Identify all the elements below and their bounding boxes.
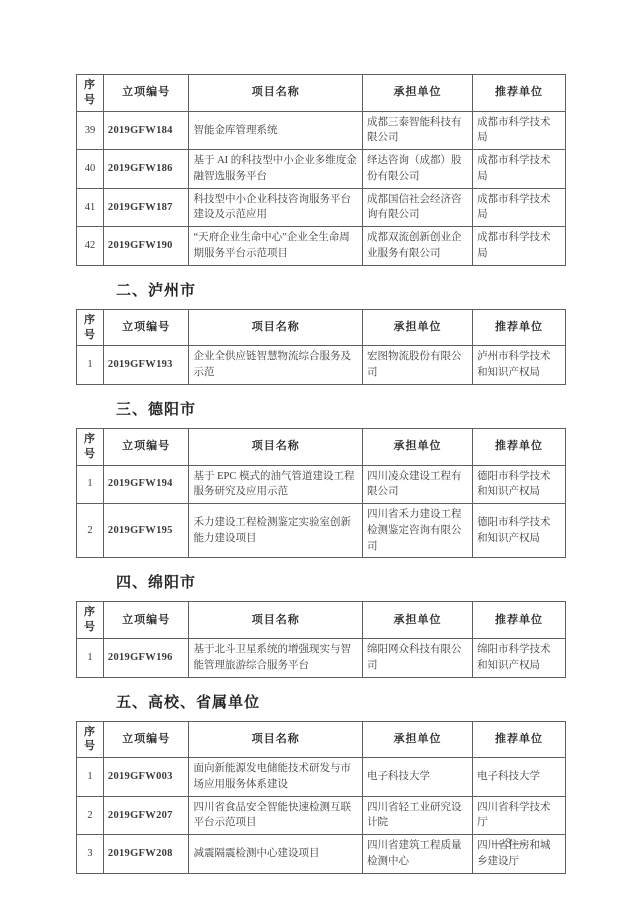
cell-name: 基于北斗卫星系统的增强现实与智能管理旅游综合服务平台 [189,639,363,678]
cell-rec: 电子科技大学 [473,758,566,797]
cell-rec: 泸州市科学技术和知识产权局 [473,346,566,385]
cell-no: 42 [77,227,104,266]
cell-code: 2019GFW186 [103,150,189,189]
column-header-name: 项目名称 [189,428,363,465]
project-table-deyang: 序号 立项编号 项目名称 承担单位 推荐单位 1 2019GFW194 基于 E… [76,428,566,558]
section-heading-mianyang: 四、绵阳市 [116,571,566,592]
cell-rec: 成都市科学技术局 [473,111,566,150]
table-row: 2 2019GFW195 禾力建设工程检测鉴定实验室创新能力建设项目 四川省禾力… [77,504,566,558]
column-header-name: 项目名称 [189,75,363,112]
cell-name: 基于 AI 的科技型中小企业多维度金融智选服务平台 [189,150,363,189]
cell-name: 企业全供应链智慧物流综合服务及示范 [189,346,363,385]
table-header-row: 序号 立项编号 项目名称 承担单位 推荐单位 [77,75,566,112]
table-row: 1 2019GFW003 面向新能源发电储能技术研发与市场应用服务体系建设 电子… [77,758,566,797]
table-row: 39 2019GFW184 智能金库管理系统 成都三泰智能科技有限公司 成都市科… [77,111,566,150]
table-header-row: 序号 立项编号 项目名称 承担单位 推荐单位 [77,428,566,465]
column-header-code: 立项编号 [103,721,189,758]
cell-no: 1 [77,465,104,504]
cell-rec: 德阳市科学技术和知识产权局 [473,504,566,558]
cell-code: 2019GFW184 [103,111,189,150]
column-header-code: 立项编号 [103,428,189,465]
cell-name: 面向新能源发电储能技术研发与市场应用服务体系建设 [189,758,363,797]
cell-org: 四川省建筑工程质量检测中心 [363,835,473,874]
cell-no: 2 [77,504,104,558]
column-header-org: 承担单位 [363,428,473,465]
cell-no: 3 [77,835,104,874]
column-header-org: 承担单位 [363,75,473,112]
cell-no: 2 [77,796,104,835]
cell-name: “天府企业生命中心”企业全生命周期服务平台示范项目 [189,227,363,266]
cell-code: 2019GFW208 [103,835,189,874]
document-page: { "page": { "footer_page_number": "—3—" … [0,0,636,900]
cell-org: 四川省轻工业研究设计院 [363,796,473,835]
section-heading-deyang: 三、德阳市 [116,398,566,419]
column-header-org: 承担单位 [363,309,473,346]
cell-org: 成都国信社会经济咨询有限公司 [363,188,473,227]
cell-name: 智能金库管理系统 [189,111,363,150]
page-number: —3— [492,836,526,851]
cell-code: 2019GFW194 [103,465,189,504]
cell-org: 绵阳网众科技有限公司 [363,639,473,678]
table-row: 1 2019GFW196 基于北斗卫星系统的增强现实与智能管理旅游综合服务平台 … [77,639,566,678]
column-header-no: 序号 [77,721,104,758]
cell-rec: 成都市科学技术局 [473,150,566,189]
cell-code: 2019GFW190 [103,227,189,266]
page-content: 序号 立项编号 项目名称 承担单位 推荐单位 39 2019GFW184 智能金… [76,74,566,874]
cell-rec: 成都市科学技术局 [473,227,566,266]
cell-org: 四川省禾力建设工程检测鉴定咨询有限公司 [363,504,473,558]
table-row: 2 2019GFW207 四川省食品安全智能快速检测互联平台示范项目 四川省轻工… [77,796,566,835]
cell-code: 2019GFW195 [103,504,189,558]
cell-no: 1 [77,346,104,385]
cell-org: 电子科技大学 [363,758,473,797]
cell-code: 2019GFW207 [103,796,189,835]
cell-no: 39 [77,111,104,150]
column-header-rec: 推荐单位 [473,309,566,346]
cell-name: 禾力建设工程检测鉴定实验室创新能力建设项目 [189,504,363,558]
column-header-name: 项目名称 [189,602,363,639]
cell-org: 成都双流创新创业企业服务有限公司 [363,227,473,266]
cell-org: 成都三泰智能科技有限公司 [363,111,473,150]
column-header-no: 序号 [77,309,104,346]
cell-code: 2019GFW196 [103,639,189,678]
table-header-row: 序号 立项编号 项目名称 承担单位 推荐单位 [77,602,566,639]
column-header-code: 立项编号 [103,75,189,112]
cell-code: 2019GFW193 [103,346,189,385]
table-row: 42 2019GFW190 “天府企业生命中心”企业全生命周期服务平台示范项目 … [77,227,566,266]
cell-code: 2019GFW187 [103,188,189,227]
column-header-rec: 推荐单位 [473,428,566,465]
section-heading-universities: 五、高校、省属单位 [116,691,566,712]
cell-name: 四川省食品安全智能快速检测互联平台示范项目 [189,796,363,835]
cell-rec: 成都市科学技术局 [473,188,566,227]
column-header-code: 立项编号 [103,309,189,346]
cell-code: 2019GFW003 [103,758,189,797]
cell-name: 科技型中小企业科技咨询服务平台建设及示范应用 [189,188,363,227]
table-row: 40 2019GFW186 基于 AI 的科技型中小企业多维度金融智选服务平台 … [77,150,566,189]
table-header-row: 序号 立项编号 项目名称 承担单位 推荐单位 [77,309,566,346]
column-header-org: 承担单位 [363,602,473,639]
cell-name: 基于 EPC 模式的油气管道建设工程服务研究及应用示范 [189,465,363,504]
cell-rec: 四川省科学技术厅 [473,796,566,835]
section-heading-luzhou: 二、泸州市 [116,279,566,300]
column-header-code: 立项编号 [103,602,189,639]
project-table-chengdu: 序号 立项编号 项目名称 承担单位 推荐单位 39 2019GFW184 智能金… [76,74,566,266]
table-row: 1 2019GFW193 企业全供应链智慧物流综合服务及示范 宏图物流股份有限公… [77,346,566,385]
column-header-no: 序号 [77,428,104,465]
cell-org: 绎达咨询（成都）股份有限公司 [363,150,473,189]
table-header-row: 序号 立项编号 项目名称 承担单位 推荐单位 [77,721,566,758]
project-table-mianyang: 序号 立项编号 项目名称 承担单位 推荐单位 1 2019GFW196 基于北斗… [76,601,566,677]
column-header-rec: 推荐单位 [473,602,566,639]
column-header-name: 项目名称 [189,309,363,346]
cell-org: 宏图物流股份有限公司 [363,346,473,385]
column-header-no: 序号 [77,602,104,639]
column-header-rec: 推荐单位 [473,721,566,758]
cell-name: 减震隔震检测中心建设项目 [189,835,363,874]
cell-org: 四川凌众建设工程有限公司 [363,465,473,504]
cell-rec: 绵阳市科学技术和知识产权局 [473,639,566,678]
column-header-org: 承担单位 [363,721,473,758]
table-row: 41 2019GFW187 科技型中小企业科技咨询服务平台建设及示范应用 成都国… [77,188,566,227]
cell-no: 1 [77,639,104,678]
cell-no: 41 [77,188,104,227]
project-table-luzhou: 序号 立项编号 项目名称 承担单位 推荐单位 1 2019GFW193 企业全供… [76,309,566,385]
column-header-no: 序号 [77,75,104,112]
column-header-name: 项目名称 [189,721,363,758]
column-header-rec: 推荐单位 [473,75,566,112]
table-row: 1 2019GFW194 基于 EPC 模式的油气管道建设工程服务研究及应用示范… [77,465,566,504]
cell-rec: 德阳市科学技术和知识产权局 [473,465,566,504]
cell-no: 1 [77,758,104,797]
cell-no: 40 [77,150,104,189]
